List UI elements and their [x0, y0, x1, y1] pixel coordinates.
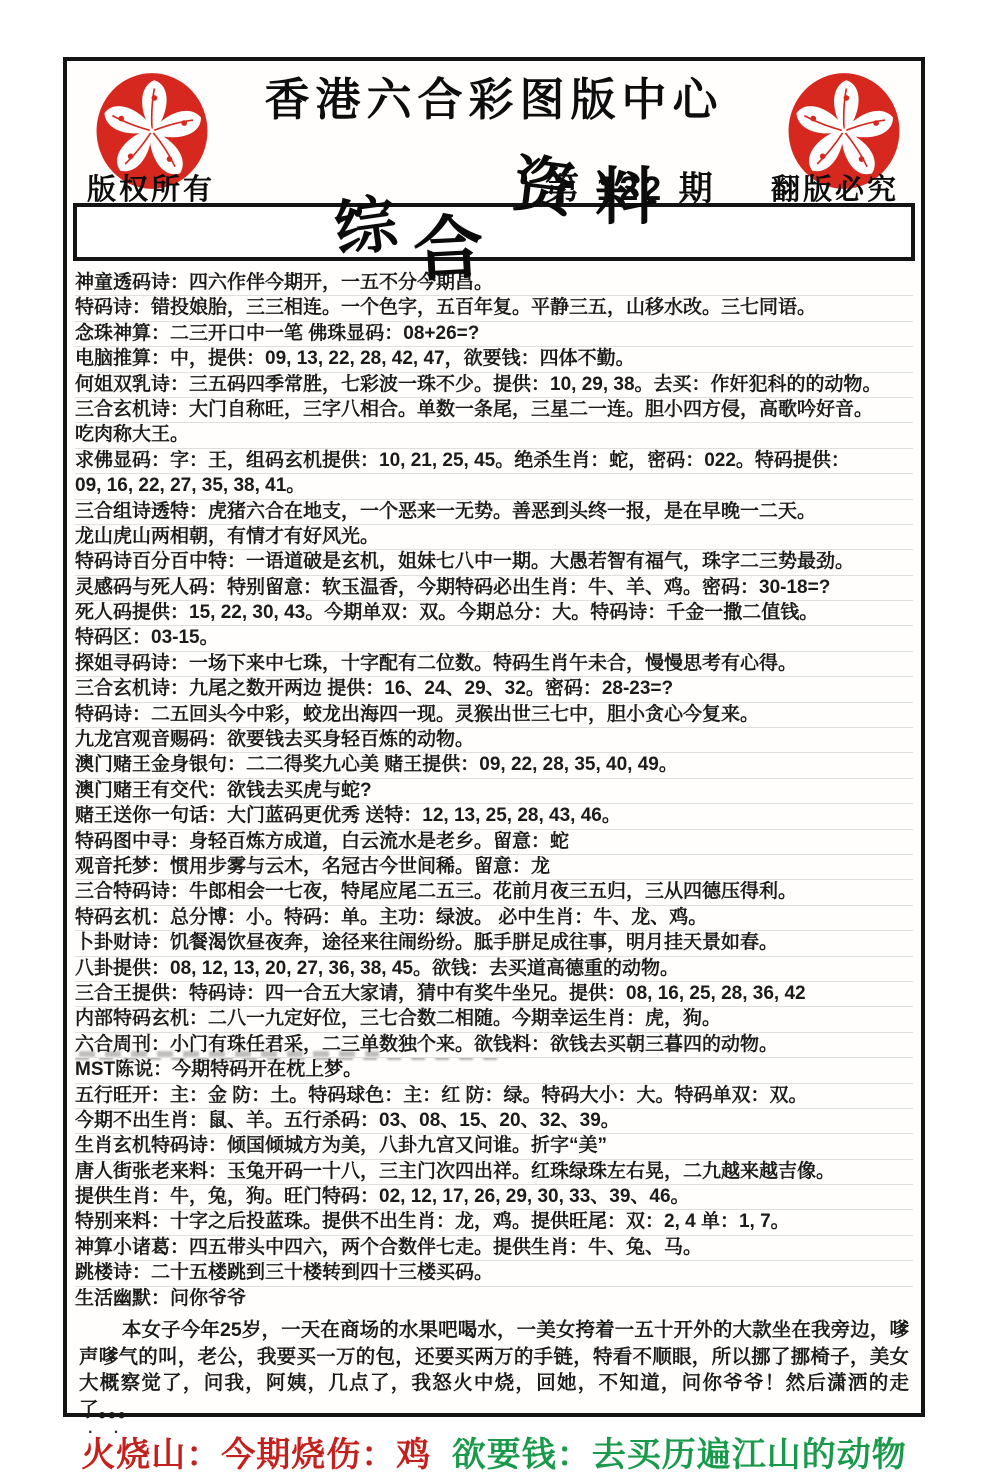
humor-story-paragraph: 本女子今年25岁，一天在商场的水果吧喝水，一美女挎着一五十开外的大款坐在我旁边，… [79, 1317, 909, 1423]
lottery-sheet: 香港六合彩图版中心 综合资料 第 122 期 版权所有 翻版必究 神童透码诗：四… [63, 57, 925, 1417]
prediction-line: 五行旺开：主：金 防：土。特码球色：主：红 防：绿。特码大小：大。特码单双：双。 [75, 1084, 913, 1109]
prediction-line: 特别来料：十字之后投蓝珠。提供不出生肖：龙，鸡。提供旺尾：双：2, 4 单：1,… [75, 1210, 913, 1235]
prediction-line: 赌王送你一句话：大门蓝码更优秀 送特：12, 13, 25, 28, 43, 4… [75, 804, 913, 829]
calligraphy-char: 综 [328, 173, 403, 282]
prediction-line: 死人码提供：15, 22, 30, 43。今期单双：双。今期总分：大。特码诗：千… [75, 601, 913, 626]
prediction-line: 神童透码诗：四六作伴今期开，一五不分今期昌。 [75, 271, 913, 296]
prediction-line: 神算小诸葛：四五带头中四六，两个合数伴七走。提供生肖：牛、兔、马。 [75, 1236, 913, 1261]
prediction-line: 电脑推算：中，提供：09, 13, 22, 28, 42, 47，欲要钱：四体不… [75, 347, 913, 372]
prediction-lines: 神童透码诗：四六作伴今期开，一五不分今期昌。特码诗：错投娘胎，三三相连。一个色字… [67, 271, 921, 1311]
prediction-line: 探姐寻码诗：一场下来中七珠，十字配有二位数。特码生肖午未合，慢慢思考有心得。 [75, 652, 913, 677]
prediction-line: 卜卦财诗：饥餐渴饮昼夜奔，途径来往闹纷纷。胝手胼足成往事，明月挂天景如春。 [75, 931, 913, 956]
prediction-line: 龙山虎山两相朝，有情才有好风光。 [75, 525, 913, 550]
prediction-line: 提供生肖：牛，兔，狗。旺门特码：02, 12, 17, 26, 29, 30, … [75, 1185, 913, 1210]
sheet-header: 香港六合彩图版中心 综合资料 第 122 期 版权所有 翻版必究 [67, 61, 921, 203]
bottom-banner: 火烧山：今期烧伤：鸡 欲要钱：去买历遍江山的动物 [67, 1427, 921, 1476]
calligraphy-char: 合 [410, 191, 485, 296]
prediction-line: 今期不出生肖：鼠、羊。五行杀码：03、08、15、20、32、39。 [75, 1109, 913, 1134]
prediction-line: 生肖玄机特码诗：倾国倾城方为美，八卦九宫又问谁。折字“美” [75, 1134, 913, 1159]
prediction-line: 三合玄机诗：大门自称旺，三字八相合。单数一条尾，三星二一连。胆小四方侵，高歌吟好… [75, 398, 913, 423]
prediction-line: 澳门赌王有交代：欲钱去买虎与蛇? [75, 779, 913, 804]
prediction-line: 求佛显码：字：王，组码玄机提供：10, 21, 25, 45。绝杀生肖：蛇，密码… [75, 449, 913, 474]
prediction-line: 六合周刊：小门有珠任君采，二三单数独个来。欲钱料：欲钱去买朝三暮四的动物。 [75, 1033, 913, 1058]
copyright-left-label: 版权所有 [87, 167, 215, 208]
prediction-line: 吃肉称大王。 [75, 423, 913, 448]
page-title: 香港六合彩图版中心 [67, 63, 921, 128]
prediction-line: 生活幽默：问你爷爷 [75, 1287, 913, 1311]
prediction-line: 灵感码与死人码：特别留意：软玉温香，今期特码必出生肖：牛、羊、鸡。密码：30-1… [75, 576, 913, 601]
prediction-line: 观音托梦：惯用步雾与云木，名冠古今世间稀。留意：龙 [75, 855, 913, 880]
prediction-line: 特码诗：错投娘胎，三三相连。一个色字，五百年复。平静三五，山移水改。三七同语。 [75, 296, 913, 321]
prediction-line: 何姐双乳诗：三五码四季常胜，七彩波一珠不少。提供：10, 29, 38。去买：作… [75, 373, 913, 398]
issue-number: 第 122 期 [545, 161, 717, 210]
prediction-line: 特码诗百分百中特：一语道破是玄机，姐妹七八中一期。大愚若智有福气，珠字二三势最劲… [75, 550, 913, 575]
prediction-line: 特码区：03-15。 [75, 626, 913, 651]
prediction-line: 八卦提供：08, 12, 13, 20, 27, 36, 38, 45。欲钱：去… [75, 957, 913, 982]
banner-red-text: 火烧山：今期烧伤：鸡 [81, 1436, 431, 1474]
prediction-line: 三合组诗透特：虎猪六合在地支，一个恶来一无势。善恶到头终一报，是在早晚一二天。 [75, 500, 913, 525]
prediction-line: 澳门赌王金身银句：二二得奖九心美 赌王提供：09, 22, 28, 35, 40… [75, 753, 913, 778]
prediction-line: 特码玄机：总分博：小。特码：单。主功：绿波。 必中生肖：牛、龙、鸡。 [75, 906, 913, 931]
prediction-line: 三合玄机诗：九尾之数开两边 提供：16、24、29、32。密码：28-23=? [75, 677, 913, 702]
scan-dots: · · [88, 1424, 127, 1442]
prediction-line: 内部特码玄机：二八一九定好位，三七合数二相随。今期幸运生肖：虎，狗。 [75, 1007, 913, 1032]
prediction-line: 三合王提供：特码诗：四一合五大家请，猜中有奖牛坐兄。提供：08, 16, 25,… [75, 982, 913, 1007]
prediction-line: 跳楼诗：二十五楼跳到三十楼转到四十三楼买码。 [75, 1261, 913, 1286]
prediction-line: 唐人街张老来料：玉兔开码一十八，三主门次四出祥。红珠绿珠左右晃，二九越来越吉像。 [75, 1160, 913, 1185]
prediction-line: 特码图中寻：身轻百炼方成道，白云流水是老乡。留意：蛇 [75, 830, 913, 855]
prediction-line: 三合特码诗：牛郎相会一七夜，特尾应尾二五三。花前月夜三五归，三从四德压得利。 [75, 880, 913, 905]
banner-green-text: 欲要钱：去买历遍江山的动物 [452, 1436, 907, 1474]
prediction-line: 九龙宫观音赐码：欲要钱去买身轻百炼的动物。 [75, 728, 913, 753]
prediction-line: 念珠神算：二三开口中一笔 佛珠显码：08+26=? [75, 322, 913, 347]
prediction-line: 09, 16, 22, 27, 35, 38, 41。 [75, 474, 913, 499]
copyright-right-label: 翻版必究 [771, 167, 899, 208]
prediction-line: 特码诗：二五回头今中彩，蛟龙出海四一现。灵猴出世三七中，胆小贪心今复来。 [75, 703, 913, 728]
prediction-line: MST陈说：今期特码开在枕上梦。 [75, 1058, 913, 1083]
